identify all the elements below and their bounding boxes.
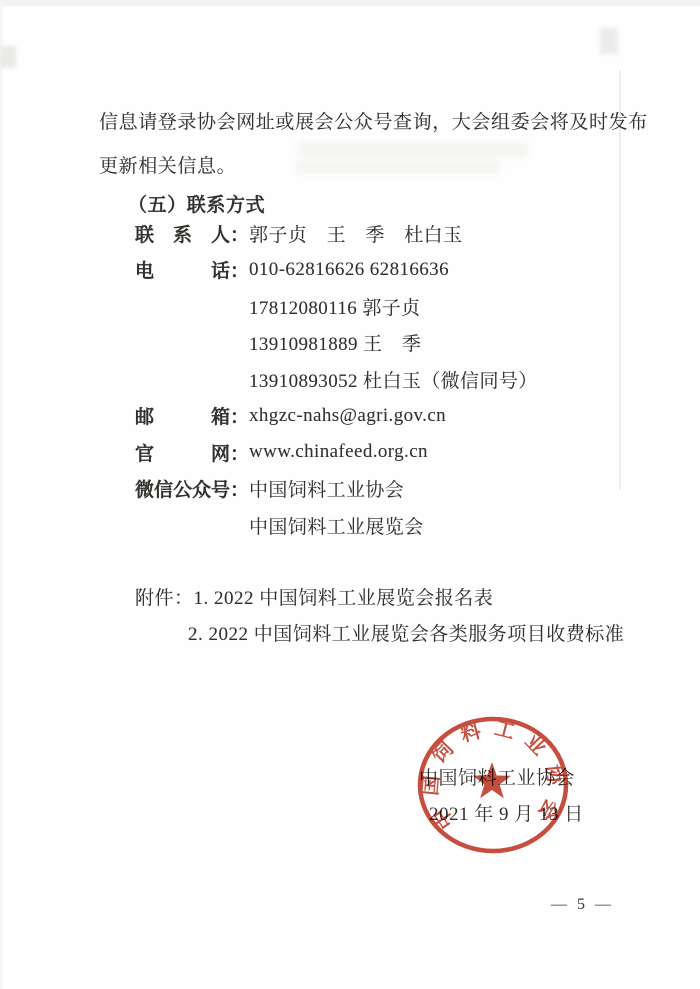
page-number: — 5 — bbox=[551, 896, 614, 914]
scan-smudge bbox=[0, 46, 16, 68]
contact-value: 中国饲料工业协会 bbox=[249, 475, 404, 502]
contact-label: 微信公众号 bbox=[135, 475, 230, 502]
seal-star-icon bbox=[473, 762, 511, 798]
intro-line-1: 信息请登录协会网址或展会公众号查询，大会组委会将及时发布 bbox=[99, 107, 648, 134]
contact-row-person: 联系人：郭子贞 王 季 杜白玉 bbox=[135, 215, 538, 252]
contact-colon: ： bbox=[230, 220, 244, 247]
contact-list: 联系人：郭子贞 王 季 杜白玉 电话：010-62816626 62816636… bbox=[135, 215, 538, 544]
contact-colon: ： bbox=[230, 475, 244, 502]
contact-label: 联系人 bbox=[135, 220, 230, 247]
contact-label: 官网 bbox=[135, 439, 230, 466]
contact-value: 郭子贞 王 季 杜白玉 bbox=[249, 220, 462, 247]
contact-row-phone: 13910893052 杜白玉（微信同号） bbox=[135, 361, 538, 398]
contact-colon: ： bbox=[230, 256, 244, 283]
contact-row-website: 官网：www.chinafeed.org.cn bbox=[135, 434, 538, 471]
scan-edge-top bbox=[0, 0, 700, 6]
attachments-prefix: 附件： bbox=[135, 583, 194, 610]
attachments-block: 附件：1. 2022 中国饲料工业展览会报名表 2. 2022 中国饲料工业展览… bbox=[135, 578, 624, 651]
ink-bleed-ghost bbox=[298, 142, 528, 157]
contact-label: 电话 bbox=[135, 256, 230, 283]
contact-value: 13910981889 王 季 bbox=[249, 329, 421, 356]
contact-row-email: 邮箱：xhgzc-nahs@agri.gov.cn bbox=[135, 398, 538, 435]
contact-label: 邮箱 bbox=[135, 402, 230, 429]
scan-smudge bbox=[600, 28, 618, 54]
attachment-title: 1. 2022 中国饲料工业展览会报名表 bbox=[194, 583, 494, 610]
contact-row-wechat2: 中国饲料工业展览会 bbox=[135, 507, 538, 544]
attachment-title: 2. 2022 中国饲料工业展览会各类服务项目收费标准 bbox=[188, 619, 624, 646]
contact-value: 13910893052 杜白玉（微信同号） bbox=[249, 366, 538, 393]
section-heading: （五）联系方式 bbox=[128, 190, 265, 217]
contact-row-phone: 13910981889 王 季 bbox=[135, 325, 538, 362]
attachment-item: 2. 2022 中国饲料工业展览会各类服务项目收费标准 bbox=[135, 615, 624, 652]
contact-row-wechat: 微信公众号：中国饲料工业协会 bbox=[135, 471, 538, 508]
contact-colon: ： bbox=[230, 439, 244, 466]
ink-bleed-ghost bbox=[295, 161, 500, 174]
contact-value: 17812080116 郭子贞 bbox=[249, 293, 421, 320]
contact-value: xhgzc-nahs@agri.gov.cn bbox=[249, 405, 446, 427]
intro-line-2: 更新相关信息。 bbox=[99, 151, 236, 178]
official-seal: 中国饲料工业协会 bbox=[412, 711, 574, 861]
contact-value: 010-62816626 62816636 bbox=[249, 259, 449, 281]
contact-colon: ： bbox=[230, 402, 244, 429]
attachment-item: 附件：1. 2022 中国饲料工业展览会报名表 bbox=[135, 578, 624, 615]
contact-value: www.chinafeed.org.cn bbox=[249, 441, 428, 463]
scan-edge-left bbox=[0, 0, 3, 989]
contact-row-phone: 电话：010-62816626 62816636 bbox=[135, 252, 538, 289]
document-page: 信息请登录协会网址或展会公众号查询，大会组委会将及时发布 更新相关信息。 （五）… bbox=[0, 0, 700, 989]
contact-row-phone: 17812080116 郭子贞 bbox=[135, 288, 538, 325]
contact-value: 中国饲料工业展览会 bbox=[249, 512, 424, 539]
